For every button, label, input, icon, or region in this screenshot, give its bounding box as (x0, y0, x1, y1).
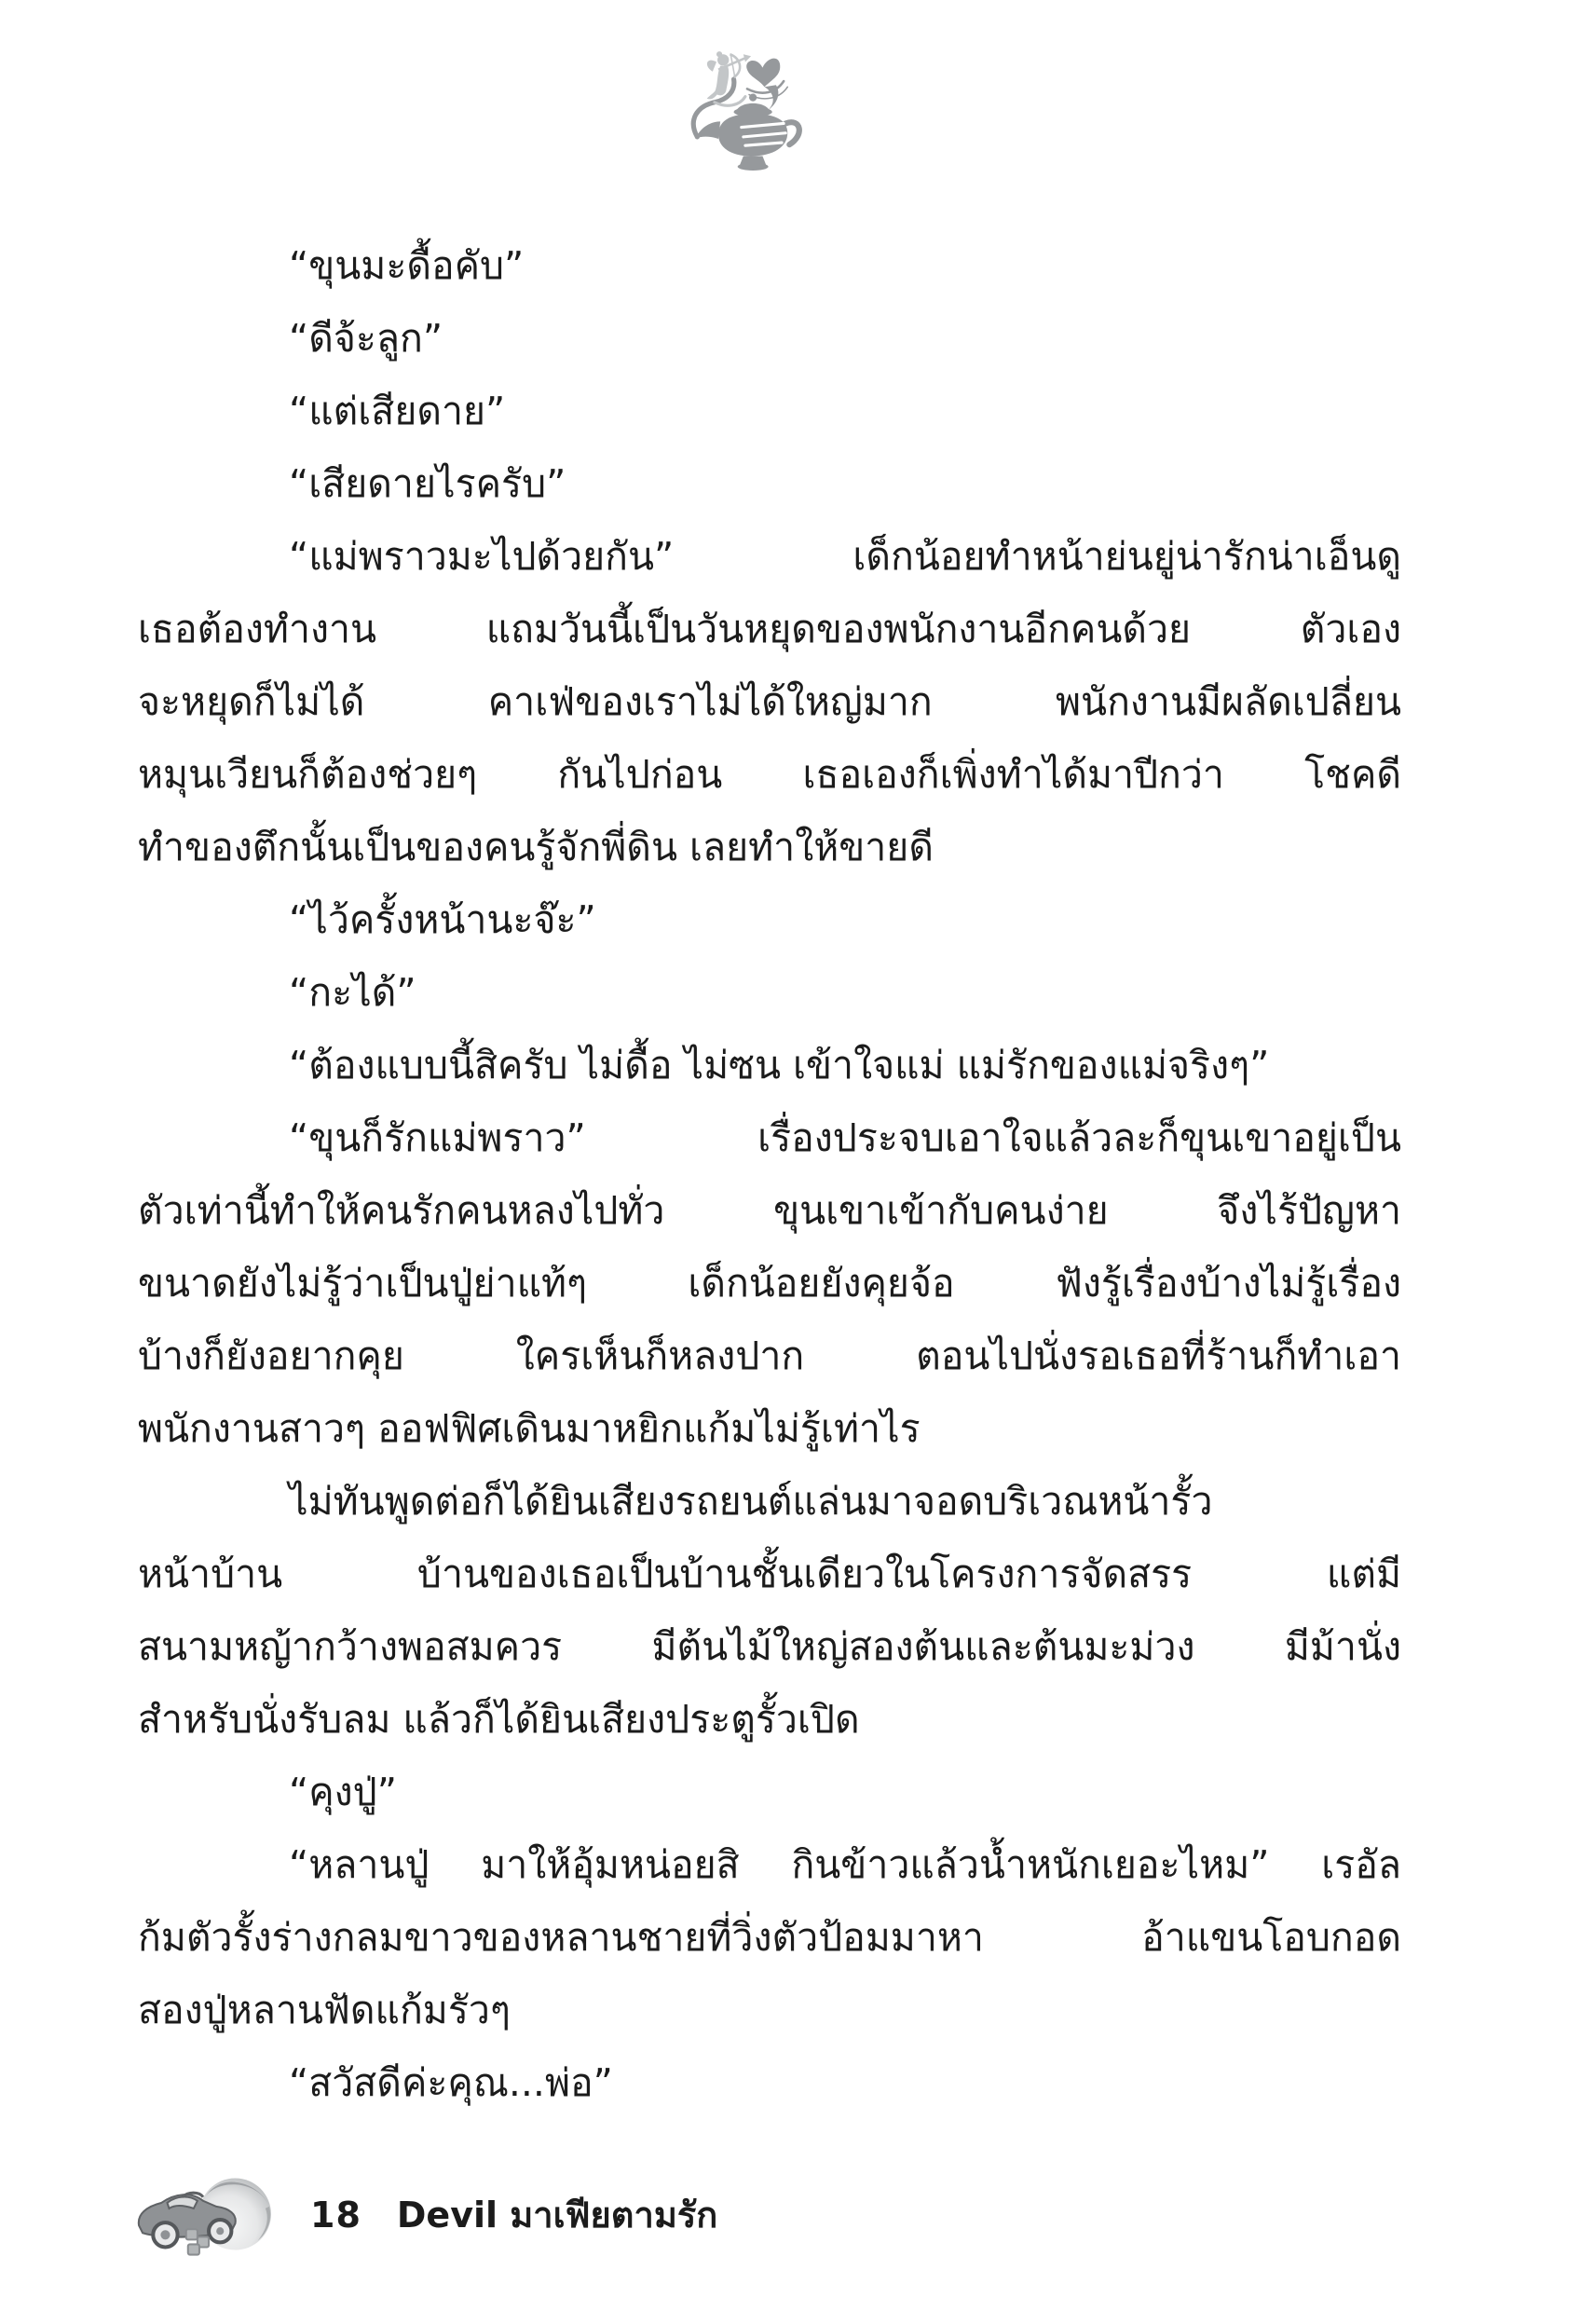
text-line: “แต่เสียดาย” (138, 375, 1401, 447)
text-line: “คุงปู่” (138, 1756, 1401, 1828)
text-line: “แม่พราวมะไปด้วยกัน” เด็กน้อยทำหน้าย่นยู… (138, 520, 1401, 593)
page-footer: 18 Devil มาเฟียตามรัก (133, 2167, 717, 2261)
text-line: “ดีจ้ะลูก” (138, 302, 1401, 375)
text-line: “กะได้” (138, 956, 1401, 1029)
text-line: ขนาดยังไม่รู้ว่าเป็นปู่ย่าแท้ๆ เด็กน้อยย… (138, 1247, 1401, 1320)
book-title: Devil มาเฟียตามรัก (397, 2186, 717, 2243)
text-line: ตัวเท่านี้ทำให้คนรักคนหลงไปทั่ว ขุนเขาเข… (138, 1174, 1401, 1247)
page-number: 18 (310, 2195, 361, 2236)
text-line: ทำของตึกนั้นเป็นของคนรู้จักพี่ดิน เลยทำใ… (138, 811, 1401, 883)
text-line: จะหยุดก็ไม่ได้ คาเฟ่ของเราไม่ได้ใหญ่มาก … (138, 665, 1401, 738)
text-line: สำหรับนั่งรับลม แล้วก็ได้ยินเสียงประตูรั… (138, 1683, 1401, 1756)
text-line: หมุนเวียนก็ต้องช่วยๆ กันไปก่อน เธอเองก็เ… (138, 738, 1401, 811)
text-line: “สวัสดีค่ะคุณ...พ่อ” (138, 2046, 1401, 2119)
text-line: หน้าบ้าน บ้านของเธอเป็นบ้านชั้นเดียวในโค… (138, 1538, 1401, 1610)
text-line: “เสียดายไรครับ” (138, 447, 1401, 520)
text-line: “ขุนมะดื้อคับ” (138, 229, 1401, 302)
text-line: ก้มตัวรั้งร่างกลมขาวของหลานชายที่วิ่งตัว… (138, 1901, 1401, 1974)
text-line: “หลานปู่ มาให้อุ้มหน่อยสิ กินข้าวแล้วน้ำ… (138, 1828, 1401, 1901)
text-line: “ไว้ครั้งหน้านะจ๊ะ” (138, 883, 1401, 956)
book-page: “ขุนมะดื้อคับ”“ดีจ้ะลูก”“แต่เสียดาย”“เสี… (0, 0, 1596, 2311)
footer-text: 18 Devil มาเฟียตามรัก (310, 2186, 717, 2243)
text-block: “ขุนมะดื้อคับ”“ดีจ้ะลูก”“แต่เสียดาย”“เสี… (138, 229, 1401, 2119)
text-line: “ขุนก็รักแม่พราว” เรื่องประจบเอาใจแล้วละ… (138, 1101, 1401, 1174)
text-line: เธอต้องทำงาน แถมวันนี้เป็นวันหยุดของพนัก… (138, 593, 1401, 665)
toy-car-sphere-icon (133, 2170, 275, 2258)
text-line: พนักงานสาวๆ ออฟฟิศเดินมาหยิกแก้มไม่รู้เท… (138, 1392, 1401, 1465)
genie-lamp-cupid-ornament-icon (689, 47, 807, 171)
text-line: ไม่ทันพูดต่อก็ได้ยินเสียงรถยนต์แล่นมาจอด… (138, 1465, 1401, 1538)
text-line: “ต้องแบบนี้สิครับ ไม่ดื้อ ไม่ซน เข้าใจแม… (138, 1029, 1401, 1101)
text-line: สนามหญ้ากว้างพอสมควร มีต้นไม้ใหญ่สองต้นแ… (138, 1610, 1401, 1683)
text-line: สองปู่หลานฟัดแก้มรัวๆ (138, 1974, 1401, 2046)
text-line: บ้างก็ยังอยากคุย ใครเห็นก็หลงปาก ตอนไปนั… (138, 1320, 1401, 1392)
